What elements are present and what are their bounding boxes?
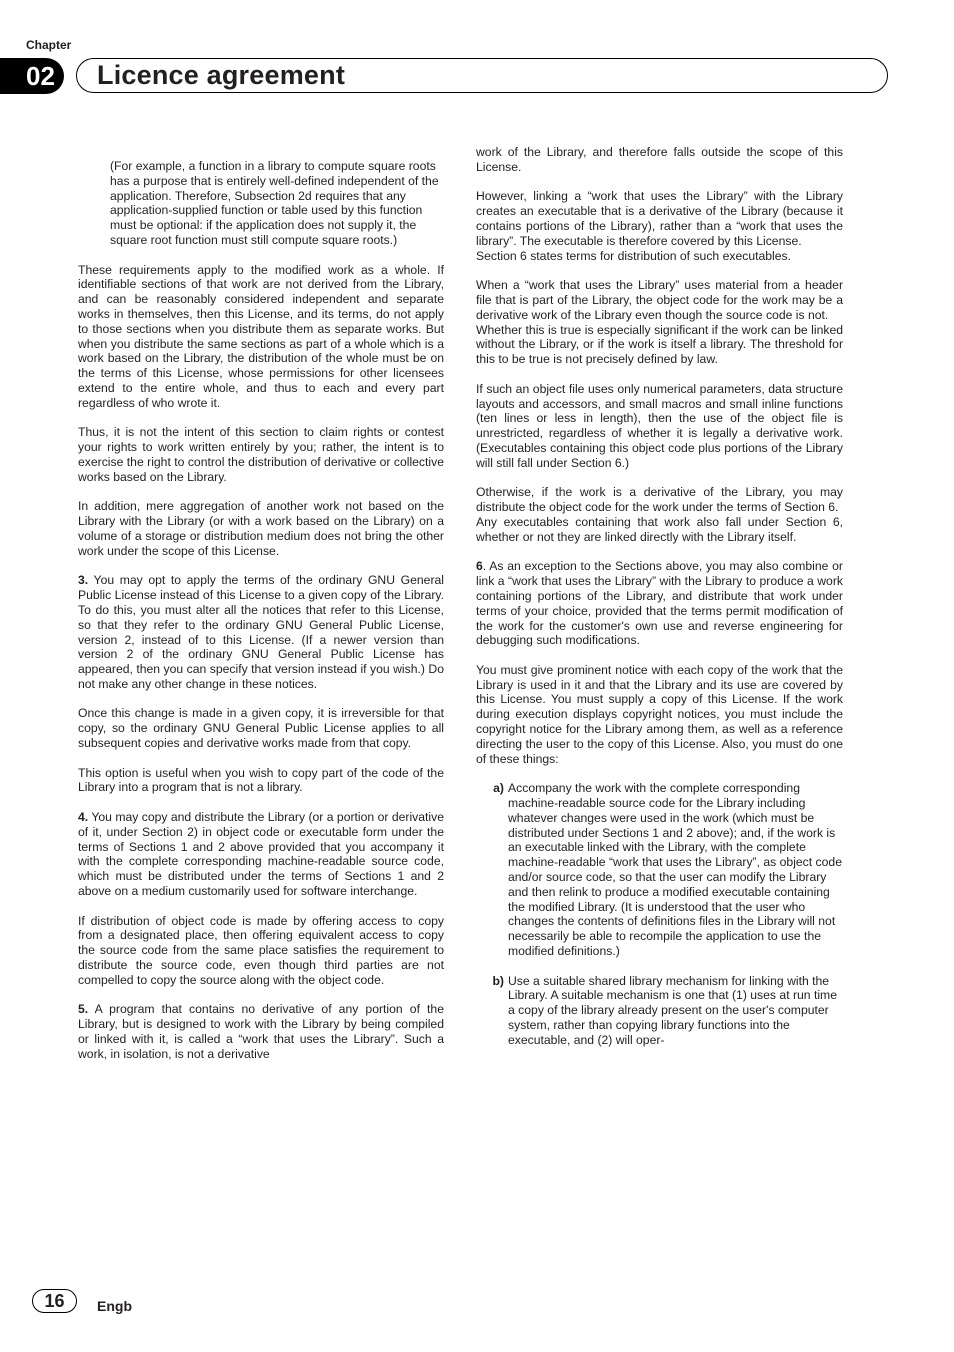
page-number-badge: 16 <box>32 1289 77 1313</box>
paragraph: Whether this is true is especially signi… <box>476 323 843 367</box>
section-5: 5. A program that contains no derivative… <box>78 1002 444 1061</box>
paragraph: These requirements apply to the modified… <box>78 263 444 411</box>
paragraph: However, linking a “work that uses the L… <box>476 189 843 248</box>
paragraph: Section 6 states terms for distribution … <box>476 249 843 264</box>
section-4: 4. You may copy and distribute the Libra… <box>78 810 444 899</box>
section-text: A program that contains no derivative of… <box>78 1002 444 1060</box>
section-3: 3. You may opt to apply the terms of the… <box>78 573 444 691</box>
paragraph: This option is useful when you wish to c… <box>78 766 444 796</box>
list-item-b: b) Use a suitable shared library mechani… <box>476 974 843 1048</box>
language-label: Engb <box>97 1298 132 1314</box>
paragraph: If distribution of object code is made b… <box>78 914 444 988</box>
left-column: (For example, a function in a library to… <box>78 159 444 1076</box>
paragraph: In addition, mere aggregation of another… <box>78 499 444 558</box>
section-text: . As an exception to the Sections above,… <box>476 559 843 647</box>
list-marker: a) <box>476 781 508 959</box>
chapter-number-badge: 02 <box>0 58 64 94</box>
title-box: Licence agreement <box>76 58 888 93</box>
section-number: 3. <box>78 573 88 587</box>
paragraph: (For example, a function in a library to… <box>78 159 444 248</box>
list-item-text: Accompany the work with the complete cor… <box>508 781 843 959</box>
list-item-a: a) Accompany the work with the complete … <box>476 781 843 959</box>
section-number: 5. <box>78 1002 88 1016</box>
paragraph: If such an object file uses only numeric… <box>476 382 843 471</box>
section-text: You may opt to apply the terms of the or… <box>78 573 444 691</box>
section-text: You may copy and distribute the Library … <box>78 810 444 898</box>
paragraph: Thus, it is not the intent of this secti… <box>78 425 444 484</box>
paragraph: Once this change is made in a given copy… <box>78 706 444 750</box>
paragraph: work of the Library, and therefore falls… <box>476 145 843 175</box>
page-title: Licence agreement <box>97 60 345 91</box>
paragraph: You must give prominent notice with each… <box>476 663 843 767</box>
section-6: 6. As an exception to the Sections above… <box>476 559 843 648</box>
right-column: work of the Library, and therefore falls… <box>476 145 843 1062</box>
list-marker: b) <box>476 974 508 1048</box>
paragraph: Any executables containing that work als… <box>476 515 843 545</box>
paragraph: When a “work that uses the Library” uses… <box>476 278 843 322</box>
chapter-label: Chapter <box>26 38 71 52</box>
section-number: 6 <box>476 559 483 573</box>
section-number: 4. <box>78 810 88 824</box>
paragraph: Otherwise, if the work is a derivative o… <box>476 485 843 515</box>
list-item-text: Use a suitable shared library mechanism … <box>508 974 843 1048</box>
